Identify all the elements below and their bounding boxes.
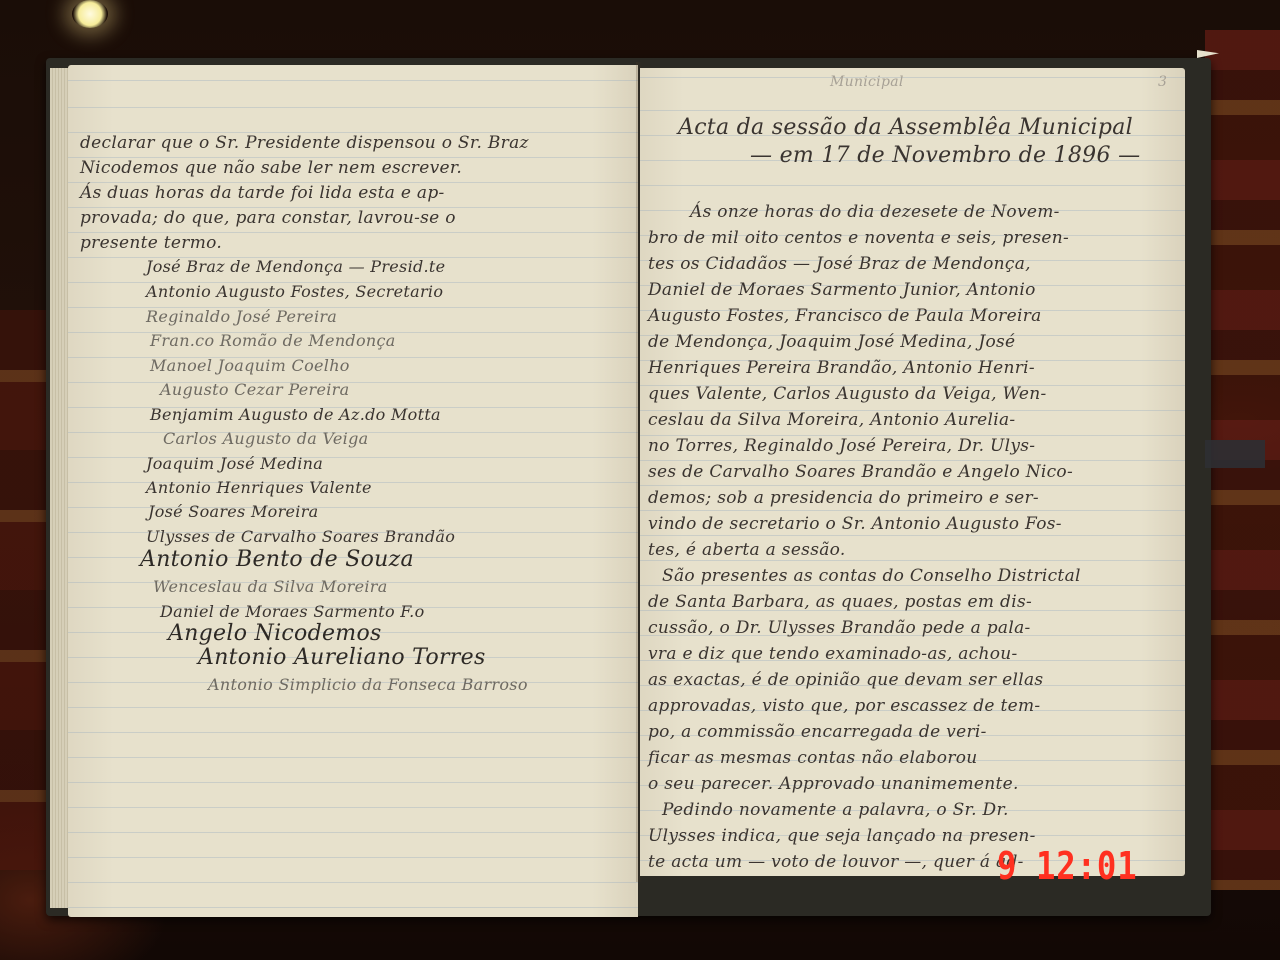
body-line: vindo de secretario o Sr. Antonio August… — [648, 514, 1062, 534]
timestamp-day: 9 — [997, 844, 1017, 888]
body-line: ses de Carvalho Soares Brandão e Angelo … — [648, 462, 1073, 482]
body-line: vra e diz que tendo examinado-as, achou- — [648, 644, 1018, 664]
body-line: de Santa Barbara, as quaes, postas em di… — [648, 592, 1032, 612]
left-text-line: provada; do que, para constar, lavrou-se… — [80, 208, 456, 228]
body-line: ceslau da Silva Moreira, Antonio Aurelia… — [648, 410, 1015, 430]
left-text-line: Ás duas horas da tarde foi lida esta e a… — [80, 183, 445, 203]
signature: José Soares Moreira — [148, 502, 319, 521]
signature: José Braz de Mendonça — Presid.te — [146, 257, 445, 276]
body-line: as exactas, é de opinião que devam ser e… — [648, 670, 1043, 690]
body-line: no Torres, Reginaldo José Pereira, Dr. U… — [648, 436, 1035, 456]
body-line: Ás onze horas do dia dezesete de Novem- — [690, 202, 1060, 222]
signature: Joaquim José Medina — [146, 454, 323, 473]
signature: Benjamim Augusto de Az.do Motta — [150, 405, 441, 424]
signature: Antonio Augusto Fostes, Secretario — [146, 282, 443, 301]
signature: Antonio Bento de Souza — [140, 547, 414, 572]
document-title: Acta da sessão da Assemblêa Municipal — [678, 115, 1133, 140]
body-line: Pedindo novamente a palavra, o Sr. Dr. — [662, 800, 1009, 820]
carpet-pattern-left — [0, 310, 50, 870]
timestamp-time: 12:01 — [1036, 844, 1137, 888]
bookmark-ribbon — [1205, 440, 1265, 468]
signature: Antonio Aureliano Torres — [198, 645, 486, 670]
body-line: Augusto Fostes, Francisco de Paula Morei… — [648, 306, 1042, 326]
signature: Manoel Joaquim Coelho — [150, 356, 350, 375]
signature: Daniel de Moraes Sarmento F.o — [160, 602, 425, 621]
body-line: demos; sob a presidencia do primeiro e s… — [648, 488, 1039, 508]
body-line: ques Valente, Carlos Augusto da Veiga, W… — [648, 384, 1047, 404]
body-line: de Mendonça, Joaquim José Medina, José — [648, 332, 1015, 352]
body-line: bro de mil oito centos e noventa e seis,… — [648, 228, 1069, 248]
signature: Carlos Augusto da Veiga — [163, 429, 368, 448]
body-line: o seu parecer. Approvado unanimemente. — [648, 774, 1019, 794]
body-line: Henriques Pereira Brandão, Antonio Henri… — [648, 358, 1035, 378]
signature: Antonio Henriques Valente — [146, 478, 372, 497]
running-head: Municipal — [830, 74, 904, 90]
left-text-line: Nicodemos que não sabe ler nem escrever. — [80, 158, 462, 178]
camera-timestamp-overlay: 912:01 — [997, 844, 1137, 888]
left-text-line: presente termo. — [80, 233, 222, 253]
signature: Ulysses de Carvalho Soares Brandão — [146, 527, 455, 546]
right-page: Municipal 3 Acta da sessão da Assemblêa … — [640, 68, 1185, 876]
document-subtitle-date: — em 17 de Novembro de 1896 — — [750, 143, 1140, 168]
body-line: Ulysses indica, que seja lançado na pres… — [648, 826, 1036, 846]
left-text-line: declarar que o Sr. Presidente dispensou … — [80, 133, 529, 153]
body-line: approvadas, visto que, por escassez de t… — [648, 696, 1040, 716]
body-line: tes os Cidadãos — José Braz de Mendonça, — [648, 254, 1031, 274]
body-line: tes, é aberta a sessão. — [648, 540, 846, 560]
left-page: declarar que o Sr. Presidente dispensou … — [68, 65, 638, 917]
page-number: 3 — [1158, 74, 1167, 90]
page-edges-stack — [50, 68, 68, 908]
body-line: Daniel de Moraes Sarmento Junior, Antoni… — [648, 280, 1036, 300]
body-line: cussão, o Dr. Ulysses Brandão pede a pal… — [648, 618, 1031, 638]
body-line: ficar as mesmas contas não elaborou — [648, 748, 978, 768]
body-line: te acta um — voto de louvor —, quer á ad… — [648, 852, 1024, 872]
signature: Antonio Simplicio da Fonseca Barroso — [208, 675, 528, 694]
body-line: po, a commissão encarregada de veri- — [648, 722, 987, 742]
body-line: São presentes as contas do Conselho Dist… — [662, 566, 1081, 586]
signature: Wenceslau da Silva Moreira — [153, 577, 388, 596]
signature: Augusto Cezar Pereira — [160, 380, 349, 399]
signature: Angelo Nicodemos — [168, 621, 382, 646]
signature: Reginaldo José Pereira — [146, 307, 337, 326]
signature: Fran.co Romão de Mendonça — [150, 331, 396, 350]
lamp-light-glare — [72, 0, 108, 28]
